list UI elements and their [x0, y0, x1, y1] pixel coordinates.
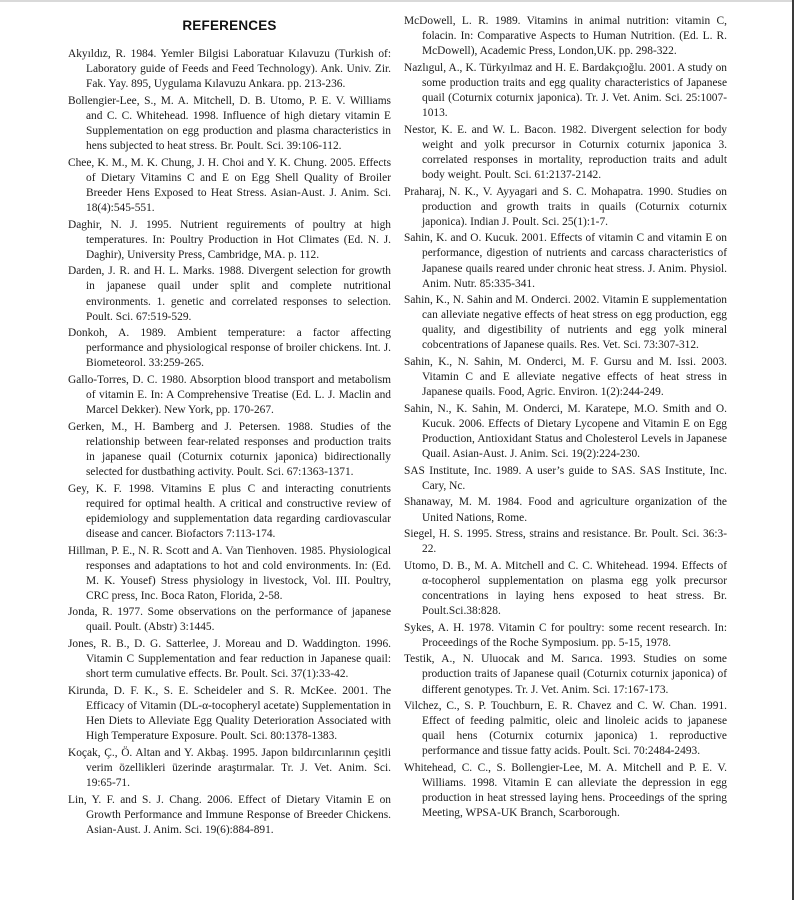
reference-praharaj-1990: Praharaj, N. K., V. Ayyagari and S. C. M… — [404, 185, 727, 230]
reference-sas-1989: SAS Institute, Inc. 1989. A user’s guide… — [404, 464, 727, 494]
reference-gallo-torres-1980: Gallo-Torres, D. C. 1980. Absorption blo… — [68, 373, 391, 418]
references-left-column: REFERENCES Akyıldız, R. 1984. Yemler Bil… — [68, 14, 391, 839]
reference-sykes-1978: Sykes, A. H. 1978. Vitamin C for poultry… — [404, 621, 727, 651]
reference-jonda-1977: Jonda, R. 1977. Some observations on the… — [68, 605, 391, 635]
reference-utomo-1994: Utomo, D. B., M. A. Mitchell and C. C. W… — [404, 559, 727, 619]
reference-shanaway-1984: Shanaway, M. M. 1984. Food and agricultu… — [404, 495, 727, 525]
reference-kirunda-2001: Kirunda, D. F. K., S. E. Scheideler and … — [68, 684, 391, 744]
reference-nazligul-2001: Nazlıgul, A., K. Türkyılmaz and H. E. Ba… — [404, 61, 727, 121]
reference-chee-2005: Chee, K. M., M. K. Chung, J. H. Choi and… — [68, 156, 391, 216]
reference-darden-1988: Darden, J. R. and H. L. Marks. 1988. Div… — [68, 264, 391, 324]
page-top-border — [0, 0, 792, 2]
reference-lin-2006: Lin, Y. F. and S. J. Chang. 2006. Effect… — [68, 793, 391, 838]
reference-sahin-2006: Sahin, N., K. Sahin, M. Onderci, M. Kara… — [404, 402, 727, 462]
reference-testik-1993: Testik, A., N. Uluocak and M. Sarıca. 19… — [404, 652, 727, 697]
reference-nestor-1982: Nestor, K. E. and W. L. Bacon. 1982. Div… — [404, 123, 727, 183]
reference-gey-1998: Gey, K. F. 1998. Vitamins E plus C and i… — [68, 482, 391, 542]
reference-donkoh-1989: Donkoh, A. 1989. Ambient temperature: a … — [68, 326, 391, 371]
references-heading: REFERENCES — [68, 18, 391, 33]
reference-siegel-1995: Siegel, H. S. 1995. Stress, strains and … — [404, 527, 727, 557]
reference-bollengier-lee-1998: Bollengier-Lee, S., M. A. Mitchell, D. B… — [68, 94, 391, 154]
reference-daghir-1995: Daghir, N. J. 1995. Nutrient reguirement… — [68, 218, 391, 263]
reference-mcdowell-1989: McDowell, L. R. 1989. Vitamins in animal… — [404, 14, 727, 59]
reference-hillman-1985: Hillman, P. E., N. R. Scott and A. Van T… — [68, 544, 391, 604]
reference-vilchez-1991: Vilchez, C., S. P. Touchburn, E. R. Chav… — [404, 699, 727, 759]
reference-jones-1996: Jones, R. B., D. G. Satterlee, J. Moreau… — [68, 637, 391, 682]
reference-whitehead-1998: Whitehead, C. C., S. Bollengier-Lee, M. … — [404, 761, 727, 821]
reference-sahin-2003: Sahin, K., N. Sahin, M. Onderci, M. F. G… — [404, 355, 727, 400]
reference-akyildiz-1984: Akyıldız, R. 1984. Yemler Bilgisi Labora… — [68, 47, 391, 92]
reference-kocak-1995: Koçak, Ç., Ö. Altan and Y. Akbaş. 1995. … — [68, 746, 391, 791]
references-right-column: McDowell, L. R. 1989. Vitamins in animal… — [404, 14, 727, 823]
reference-sahin-kucuk-2001: Sahin, K. and O. Kucuk. 2001. Effects of… — [404, 231, 727, 291]
reference-gerken-1988: Gerken, M., H. Bamberg and J. Petersen. … — [68, 420, 391, 480]
reference-sahin-2002: Sahin, K., N. Sahin and M. Onderci. 2002… — [404, 293, 727, 353]
